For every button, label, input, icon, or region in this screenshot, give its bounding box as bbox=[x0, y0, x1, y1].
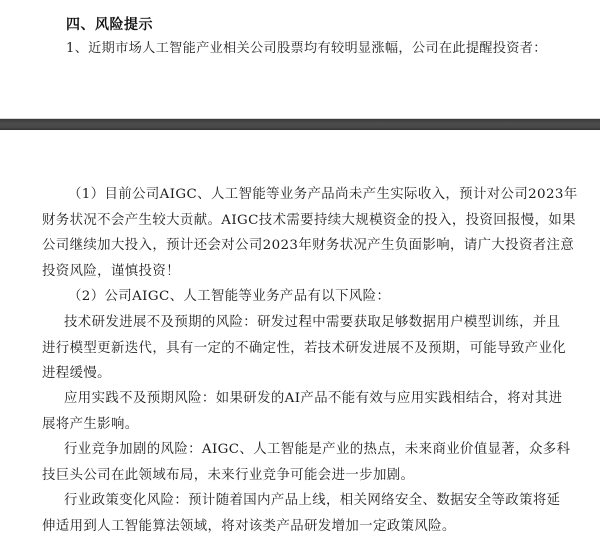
paragraph-competition-risk: 行业竞争加剧的风险：AIGC、人工智能是产业的热点，未来商业价值显著，众多科 技… bbox=[42, 437, 542, 488]
paragraph-policy-risk: 行业政策变化风险：预计随着国内产品上线，相关网络安全、数据安全等政策将延 伸适用… bbox=[42, 488, 542, 539]
paragraph-line: 技巨头公司在此领域布局，未来行业竞争可能会进一步加剧。 bbox=[42, 463, 542, 489]
document-body-section: （1）目前公司AIGC、人工智能等业务产品尚未产生实际收入，预计对公司2023年… bbox=[0, 130, 600, 539]
paragraph-line: 展将产生影响。 bbox=[42, 412, 542, 438]
paragraph-line: 财务状况不会产生较大贡献。AIGC技术需要持续大规模资金的投入，投资回报慢，如果 bbox=[42, 208, 542, 234]
paragraph-application-risk: 应用实践不及预期风险：如果研发的AI产品不能有效与应用实践相结合，将对其进 展将… bbox=[42, 386, 542, 437]
paragraph-risk-list-intro: （2）公司AIGC、人工智能等业务产品有以下风险： bbox=[42, 284, 542, 310]
paragraph-financial-impact: （1）目前公司AIGC、人工智能等业务产品尚未产生实际收入，预计对公司2023年… bbox=[42, 182, 542, 284]
paragraph-line: （1）目前公司AIGC、人工智能等业务产品尚未产生实际收入，预计对公司2023年 bbox=[42, 182, 542, 208]
paragraph-line: 进行模型更新迭代，具有一定的不确定性，若技术研发进展不及预期，可能导致产业化 bbox=[42, 336, 542, 362]
paragraph-line: 技术研发进展不及预期的风险：研发过程中需要获取足够数据用户模型训练，并且 bbox=[42, 310, 542, 336]
paragraph-line: 投资风险，谨慎投资！ bbox=[42, 259, 542, 285]
document-top-section: 四、风险提示 1、近期市场人工智能产业相关公司股票均有较明显涨幅，公司在此提醒投… bbox=[0, 0, 600, 118]
section-title: 四、风险提示 bbox=[66, 14, 153, 34]
paragraph-line: 进程缓慢。 bbox=[42, 361, 542, 387]
paragraph-line: 行业竞争加剧的风险：AIGC、人工智能是产业的热点，未来商业价值显著，众多科 bbox=[42, 437, 542, 463]
paragraph-tech-rd-risk: 技术研发进展不及预期的风险：研发过程中需要获取足够数据用户模型训练，并且 进行模… bbox=[42, 310, 542, 387]
paragraph-line: 公司继续加大投入，预计还会对公司2023年财务状况产生负面影响，请广大投资者注意 bbox=[42, 233, 542, 259]
paragraph-line: （2）公司AIGC、人工智能等业务产品有以下风险： bbox=[42, 284, 542, 310]
paragraph-line: 伸适用到人工智能算法领域，将对该类产品研发增加一定政策风险。 bbox=[42, 514, 542, 539]
paragraph-line: 应用实践不及预期风险：如果研发的AI产品不能有效与应用实践相结合，将对其进 bbox=[42, 386, 542, 412]
paragraph-line: 行业政策变化风险：预计随着国内产品上线，相关网络安全、数据安全等政策将延 bbox=[42, 488, 542, 514]
intro-line: 1、近期市场人工智能产业相关公司股票均有较明显涨幅，公司在此提醒投资者： bbox=[66, 37, 547, 56]
